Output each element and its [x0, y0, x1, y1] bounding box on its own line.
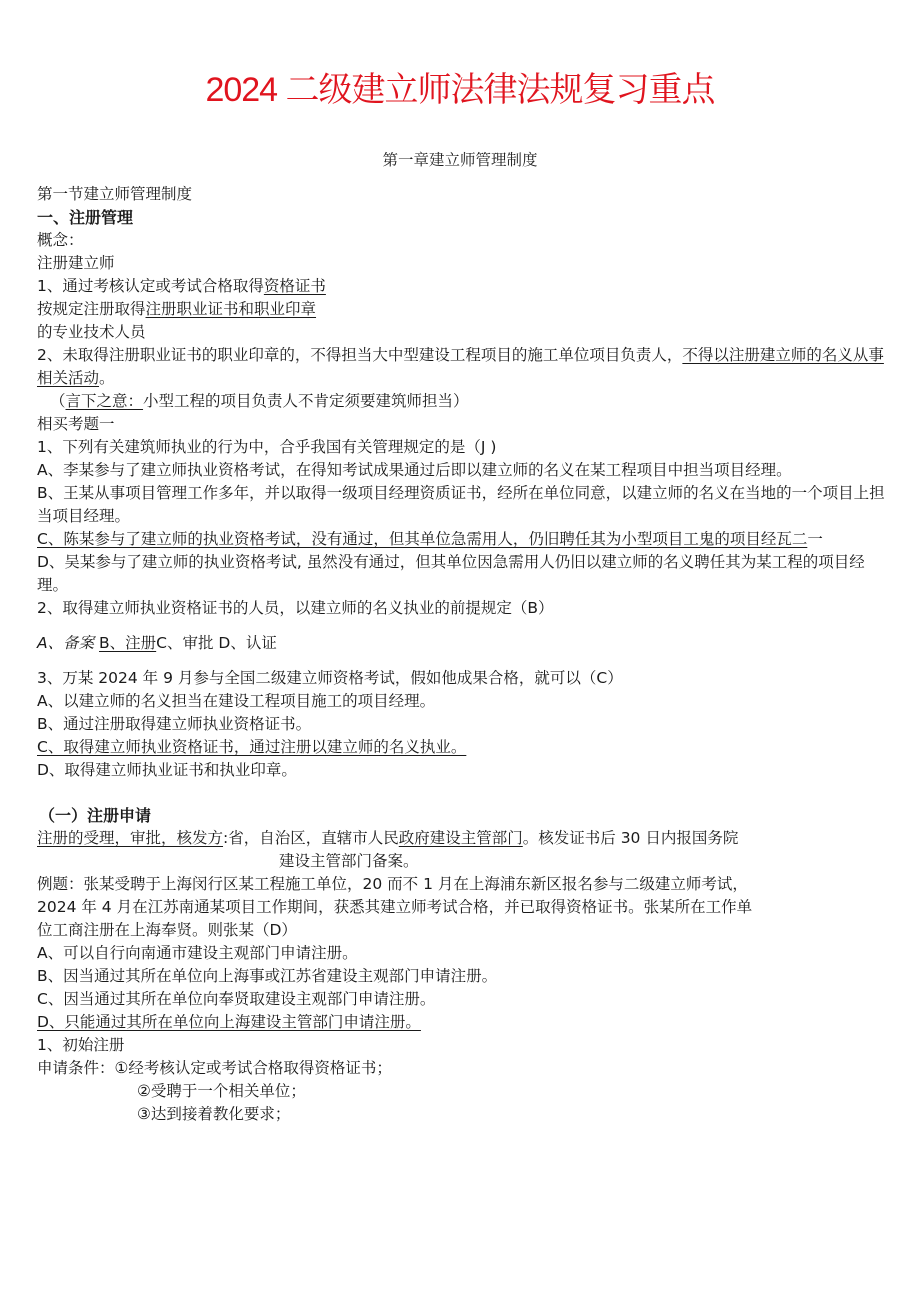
question-2-stem: 2、取得建立师执业资格证书的人员，以建立师的名义执业的前提规定（B） — [37, 597, 887, 620]
example-option-b: B、因当通过其所在单位向上海事或江苏省建设主观部门申请注册。 — [37, 965, 887, 988]
condition-text: ①经考核认定或考试合格取得资格证书； — [115, 1059, 392, 1077]
underlined-key-phrase: 政府建设主管部门 — [399, 829, 523, 847]
authority-end: 。核发证书后 30 日内报国务院 — [523, 829, 739, 847]
example-line-2: 2024 年 4 月在江苏南通某项目工作期间，获悉其建立师考试合格，并已取得资格… — [37, 896, 887, 919]
correct-answer-text: C、陈某参与了建立师的执业资格考试，没有通过，但其单位急需用人，仍旧聘任其为小型… — [37, 530, 807, 548]
document-title: 2024 二级建立师法律法规复习重点 — [0, 68, 920, 112]
section-heading: 第一节建立师管理制度 — [37, 183, 887, 206]
question-1-option-d: D、吴某参与了建立师的执业资格考试, 虽然没有通过，但其单位因急需用人仍旧以建立… — [37, 551, 887, 597]
initial-registration-heading: 1、初始注册 — [37, 1034, 887, 1057]
question-1-option-a: A、李某参与了建立师执业资格考试，在得知考试成果通过后即以建立师的名义在某工程项… — [37, 459, 887, 482]
example-line-3: 位工商注册在上海奉贤。则张某（D） — [37, 919, 887, 942]
authority-text: :省，自治区，直辖市人民 — [223, 829, 399, 847]
correct-answer-text: D、只能通过其所在单位向上海建设主管部门申请注册。 — [37, 1013, 431, 1031]
option-a: A、备案 — [37, 634, 99, 652]
underlined-key-phrase: 资格证书 — [264, 277, 326, 295]
heading-registration-management: 一、注册管理 — [37, 206, 887, 229]
example-line-1: 例题：张某受聘于上海闵行区某工程施工单位，20 而不 1 月在上海浦东新区报名参… — [37, 873, 887, 896]
implication-note: （言下之意：小型工程的项目负责人不肯定须要建筑师担当） — [37, 390, 887, 413]
conditions-label: 申请条件： — [37, 1059, 115, 1077]
rule-suffix: 。 — [99, 369, 115, 387]
question-3-stem: 3、万某 2024 年 9 月参与全国二级建立师资格考试，假如他成果合格，就可以… — [37, 667, 887, 690]
question-3-option-d: D、取得建立师执业证书和执业印章。 — [37, 759, 887, 782]
condition-3: ③达到接着教化要求； — [37, 1103, 887, 1126]
definition-line-1: 1、通过考核认定或考试合格取得资格证书 — [37, 275, 887, 298]
example-option-a: A、可以自行向南通市建设主观部门申请注册。 — [37, 942, 887, 965]
question-3-option-a: A、以建立师的名义担当在建设工程项目施工的项目经理。 — [37, 690, 887, 713]
example-option-d: D、只能通过其所在单位向上海建设主管部门申请注册。 — [37, 1011, 887, 1034]
underlined-key-phrase: 注册的受理，审批，核发方 — [37, 829, 223, 847]
option-c-d: C、审批 D、认证 — [156, 634, 277, 652]
question-1-option-c: C、陈某参与了建立师的执业资格考试，没有通过，但其单位急需用人，仍旧聘任其为小型… — [37, 528, 887, 551]
definition-text: 1、通过考核认定或考试合格取得 — [37, 277, 264, 295]
underlined-key-phrase: 言下之意： — [66, 392, 144, 410]
definition-text: 按规定注册取得 — [37, 300, 146, 318]
concept-term: 注册建立师 — [37, 252, 887, 275]
question-1-stem: 1、下列有关建筑师执业的行为中，合乎我国有关管理规定的是（J ) — [37, 436, 887, 459]
underlined-key-phrase: 注册职业证书和职业印章 — [146, 300, 317, 318]
condition-2: ②受聘于一个相关单位； — [37, 1080, 887, 1103]
definition-line-3: 的专业技术人员 — [37, 321, 887, 344]
concept-label: 概念： — [37, 229, 887, 252]
example-option-c: C、因当通过其所在单位向奉贤取建设主观部门申请注册。 — [37, 988, 887, 1011]
rule-text: 2、未取得注册职业证书的职业印章的，不得担当大中型建设工程项目的施工单位项目负责… — [37, 346, 682, 364]
question-2-options: A、备案 B、注册C、审批 D、认证 — [37, 632, 887, 655]
document-body: 第一节建立师管理制度 一、注册管理 概念： 注册建立师 1、通过考核认定或考试合… — [37, 183, 887, 1126]
authority-continuation: 建设主管部门备案。 — [37, 850, 887, 873]
paren-open: （ — [50, 392, 66, 410]
authority-line: 注册的受理，审批，核发方:省，自治区，直辖市人民政府建设主管部门。核发证书后 3… — [37, 827, 887, 850]
definition-line-2: 按规定注册取得注册职业证书和职业印章 — [37, 298, 887, 321]
condition-1: 申请条件：①经考核认定或考试合格取得资格证书； — [37, 1057, 887, 1080]
implication-text: 小型工程的项目负责人不肯定须要建筑师担当） — [143, 392, 469, 410]
question-3-option-b: B、通过注册取得建立师执业资格证书。 — [37, 713, 887, 736]
chapter-heading: 第一章建立师管理制度 — [0, 148, 920, 172]
rule-2: 2、未取得注册职业证书的职业印章的，不得担当大中型建设工程项目的施工单位项目负责… — [37, 344, 887, 390]
question-3-option-c: C、取得建立师执业资格证书，通过注册以建立师的名义执业。 — [37, 736, 887, 759]
option-b-correct: B、注册 — [99, 634, 156, 652]
exam-questions-label: 相买考题一 — [37, 413, 887, 436]
question-1-option-b: B、王某从事项目管理工作多年，并以取得一级项目经理资质证书，经所在单位同意，以建… — [37, 482, 887, 528]
subheading-registration-application: （一）注册申请 — [37, 804, 887, 827]
option-suffix: 一 — [807, 530, 823, 548]
